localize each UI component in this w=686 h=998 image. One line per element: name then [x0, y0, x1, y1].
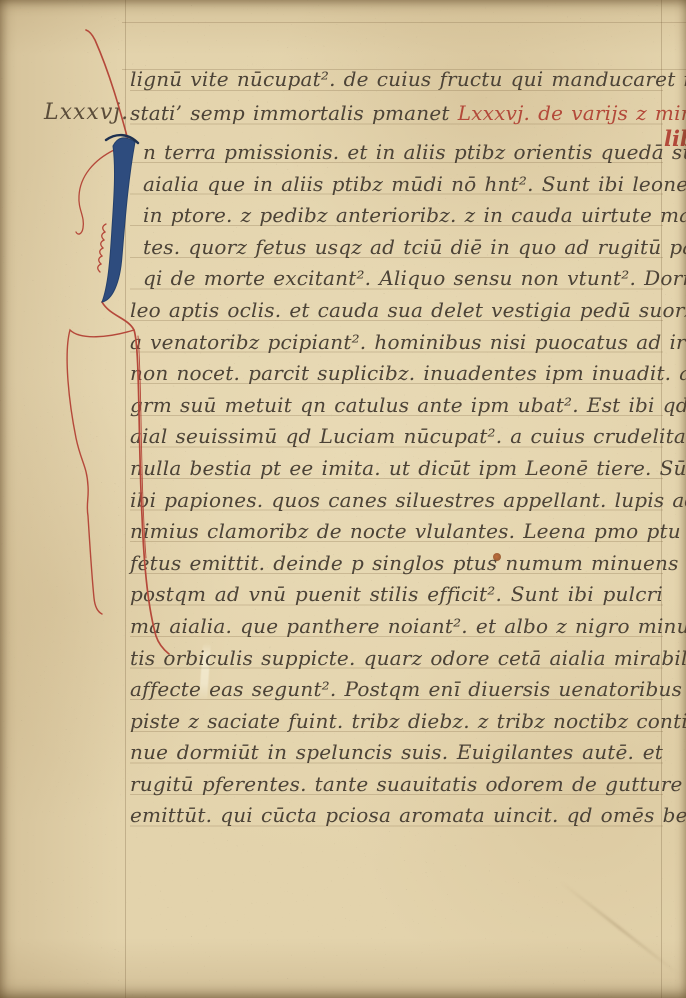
text-line: fetus emittit. deinde p singlos ptus num…: [130, 548, 663, 580]
text-line: nue dormiūt in speluncis suis. Euigilant…: [130, 737, 663, 769]
text-line: postqm ad vnū puenit stilis efficit². Su…: [130, 579, 663, 611]
rubric-margin-fragment: lib: [664, 126, 686, 151]
text-line: ibi papiones. quos canes siluestres appe…: [130, 485, 663, 517]
text-line: affecte eas segunt². Postqm enī diuersis…: [130, 674, 663, 706]
text-line: non nocet. parcit suplicibz. inuadentes …: [130, 358, 663, 390]
text-line: aial seuissimū qd Luciam nūcupat². a cui…: [130, 421, 663, 453]
text-line: grm suū metuit qn catulus ante ipm ubat²…: [130, 390, 663, 422]
initial-letter-body: [102, 135, 138, 302]
text-line: qi de morte excitant². Aliquo sensu non …: [130, 263, 663, 295]
text-line: nulla bestia pt ee imita. ut dicūt ipm L…: [130, 453, 663, 485]
text-line: n terra pmissionis. et in aliis ptibz or…: [130, 137, 663, 169]
text-line: leo aptis oclis. et cauda sua delet vest…: [130, 295, 663, 327]
chapter-end-lines: lignū vite nūcupat². de cuius fructu qui…: [130, 63, 663, 130]
text-line-with-rubric: stati’ semp immortalis pmanet Lxxxvj. de…: [130, 97, 663, 131]
red-penwork-flourish: [67, 30, 169, 654]
text-line: emittūt. qui cūcta pciosa aromata uincit…: [130, 800, 663, 832]
text-line: a venatoribz pcipiant². hominibus nisi p…: [130, 327, 663, 359]
top-ruling-line-1: [122, 22, 686, 23]
text-line: ma aialia. que panthere noiant². et albo…: [130, 611, 663, 643]
text-line: tes. quorz fetus usqz ad tciū diē in quo…: [130, 232, 663, 264]
text-line: in ptore. z pedibz anterioribz. z in cau…: [130, 200, 663, 232]
text-line: aialia que in aliis ptibz mūdi nō hnt². …: [130, 169, 663, 201]
text-line-content: lignū vite nūcupat². de cuius fructu qui…: [130, 67, 686, 91]
text-line: nimius clamoribz de nocte vlulantes. Lee…: [130, 516, 663, 548]
chapter-body-text: n terra pmissionis. et in aliis ptibz or…: [130, 137, 663, 832]
text-line: rugitū pferentes. tante suauitatis odore…: [130, 769, 663, 801]
chapter-rubric: Lxxxvj. de varijs z mirabilibz. a: [458, 101, 686, 125]
text-line: tis orbiculis suppicte. quarz odore cetā…: [130, 643, 663, 675]
illuminated-initial-I: [50, 16, 180, 666]
manuscript-page: Lxxxvj. lib lignū vite nūcupat². de cuiu…: [0, 0, 686, 998]
text-line: piste z saciate fuint. tribz diebz. z tr…: [130, 706, 663, 738]
text-line: lignū vite nūcupat². de cuius fructu qui…: [130, 63, 663, 97]
